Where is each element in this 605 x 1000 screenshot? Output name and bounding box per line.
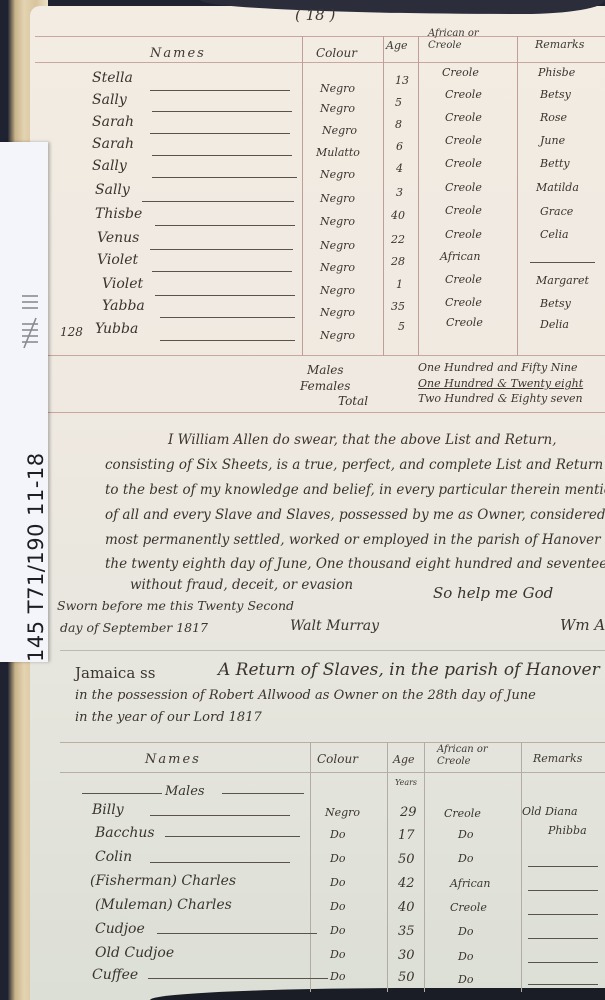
- row-name: Sally: [92, 92, 127, 108]
- row-number: 128: [60, 325, 83, 339]
- row-origin: Creole: [445, 228, 482, 241]
- row-remarks: Phisbe: [538, 66, 575, 79]
- row-remarks: June: [540, 134, 565, 147]
- remarks-blank-line: [528, 984, 598, 985]
- males-section-label: Males: [165, 784, 205, 799]
- row-age: 3: [396, 186, 403, 199]
- row-name: Sally: [95, 182, 130, 198]
- row-origin: Do: [458, 828, 473, 841]
- t2-header-colour: Colour: [317, 752, 358, 766]
- row-remarks: Grace: [540, 205, 573, 218]
- row-colour: Do: [330, 900, 345, 913]
- fill-line: [152, 155, 292, 156]
- fill-line: [157, 933, 317, 934]
- oath-closing: So help me God: [433, 584, 553, 602]
- row-age: 13: [395, 74, 409, 87]
- row-origin: Creole: [445, 134, 482, 147]
- row-origin: Do: [458, 852, 473, 865]
- oath-line: most permanently settled, worked or empl…: [105, 532, 605, 548]
- oath-line: of all and every Slave and Slaves, posse…: [105, 507, 605, 523]
- total-label: Total: [338, 394, 368, 408]
- fill-line: [150, 90, 290, 91]
- sworn-line-2: day of September 1817: [60, 620, 208, 635]
- remarks-blank-line: [528, 938, 598, 939]
- row-colour: Negro: [320, 82, 355, 95]
- row-age: 40: [398, 900, 415, 915]
- fill-line: [152, 177, 297, 178]
- row-name: Sarah: [92, 114, 134, 130]
- t2-col-divider-remarks: [521, 742, 522, 992]
- row-name: Cuffee: [92, 967, 138, 983]
- row-name: Yubba: [95, 321, 138, 337]
- row-age: 8: [395, 118, 402, 131]
- totals-bottom-rule: [35, 412, 605, 413]
- row-age: 5: [395, 96, 402, 109]
- fill-line: [155, 225, 295, 226]
- row-age: 50: [398, 970, 415, 985]
- row-age: 30: [398, 948, 415, 963]
- row-origin: Do: [458, 973, 473, 986]
- females-value: One Hundred & Twenty eight: [418, 377, 583, 390]
- row-colour: Negro: [320, 306, 355, 319]
- row-colour: Negro: [320, 261, 355, 274]
- oath-line: the twenty eighth day of June, One thous…: [105, 556, 605, 572]
- row-remarks: Betsy: [540, 297, 571, 310]
- fill-line: [150, 249, 293, 250]
- oath-line: consisting of Six Sheets, is a true, per…: [105, 457, 603, 473]
- total-value: Two Hundred & Eighty seven: [418, 392, 583, 405]
- row-origin: Creole: [445, 204, 482, 217]
- t2-col-divider-origin: [424, 742, 425, 992]
- row-age: 22: [391, 233, 405, 246]
- row-age: 6: [396, 140, 403, 153]
- col-divider-colour: [302, 36, 303, 356]
- oath-line: without fraud, deceit, or evasion: [130, 577, 353, 593]
- males-label: Males: [307, 363, 344, 377]
- fill-line: [150, 815, 290, 816]
- males-rule-right: [222, 793, 304, 794]
- row-origin: Creole: [445, 181, 482, 194]
- row-colour: Negro: [320, 192, 355, 205]
- remarks-blank-line: [528, 962, 598, 963]
- t2-header-names: Names: [145, 752, 201, 767]
- table1-bottom-rule: [35, 355, 605, 356]
- t2-col-divider-age: [387, 742, 388, 992]
- fill-line: [160, 340, 295, 341]
- row-name: Thisbe: [95, 206, 142, 222]
- females-label: Females: [300, 379, 350, 393]
- row-name: Stella: [92, 70, 133, 86]
- row-age: 4: [396, 162, 403, 175]
- row-colour: Mulatto: [316, 146, 360, 159]
- row-name: Colin: [95, 849, 132, 865]
- table1-header-rule: [35, 62, 605, 63]
- row-origin: Creole: [442, 66, 479, 79]
- row-name: Sally: [92, 158, 127, 174]
- table2-header-rule: [60, 772, 605, 773]
- return-owner-line: in the possession of Robert Allwood as O…: [75, 688, 536, 703]
- row-age: 42: [398, 876, 415, 891]
- row-colour: Do: [330, 948, 345, 961]
- row-origin: Creole: [446, 316, 483, 329]
- row-origin: Creole: [445, 157, 482, 170]
- row-name: Venus: [97, 230, 139, 246]
- t2-header-origin: African or Creole: [437, 744, 517, 768]
- header-origin: African or Creole: [428, 28, 508, 52]
- row-colour: Negro: [325, 806, 360, 819]
- col-divider-age: [383, 36, 384, 356]
- row-colour: Negro: [320, 168, 355, 181]
- row-age: 5: [398, 320, 405, 333]
- t2-col-divider-colour: [310, 742, 311, 992]
- row-origin: Creole: [445, 296, 482, 309]
- archive-reference-slip: 145 T71/190 11-18: [0, 142, 48, 662]
- sworn-line-1: Sworn before me this Twenty Second: [57, 598, 294, 613]
- row-remarks: Matilda: [536, 181, 579, 194]
- return-year-line: in the year of our Lord 1817: [75, 710, 262, 725]
- oath-line: I William Allen do swear, that the above…: [168, 432, 557, 448]
- row-remarks: Betty: [540, 157, 570, 170]
- header-names: Names: [150, 46, 206, 61]
- row-origin: Creole: [445, 88, 482, 101]
- remarks-blank-line: [528, 866, 598, 867]
- row-origin: African: [450, 877, 490, 890]
- row-colour: Negro: [320, 215, 355, 228]
- row-origin: Creole: [444, 807, 481, 820]
- row-remarks: Phibba: [548, 824, 587, 837]
- row-origin: Creole: [445, 273, 482, 286]
- owner-signature: Wm Allen: [560, 616, 605, 634]
- row-remarks: Rose: [540, 111, 567, 124]
- row-origin: African: [440, 250, 480, 263]
- row-age: 28: [391, 255, 405, 268]
- fill-line: [155, 295, 295, 296]
- fill-line: [148, 978, 328, 979]
- row-age: 17: [398, 828, 415, 843]
- row-origin: Creole: [445, 111, 482, 124]
- fill-line: [150, 862, 290, 863]
- row-colour: Do: [330, 924, 345, 937]
- witness-signature: Walt Murray: [290, 618, 379, 634]
- remarks-blank-line: [528, 890, 598, 891]
- row-colour: Negro: [320, 102, 355, 115]
- table2-top-rule: [60, 742, 605, 743]
- row-remarks: Betsy: [540, 88, 571, 101]
- row-name: Violet: [97, 252, 138, 268]
- row-remarks: Celia: [540, 228, 569, 241]
- t2-header-age: Age: [393, 753, 415, 766]
- row-remarks: Old Diana: [522, 805, 578, 818]
- males-rule-left: [82, 793, 162, 794]
- tally-marks-icon: [18, 292, 42, 370]
- row-age: 40: [391, 209, 405, 222]
- row-remarks: Delia: [540, 318, 569, 331]
- page-number: ( 18 ): [295, 6, 335, 24]
- row-name: (Muleman) Charles: [95, 897, 232, 913]
- row-name: Cudjoe: [95, 921, 145, 937]
- col-divider-origin: [418, 36, 419, 356]
- return-title: A Return of Slaves, in the parish of Han…: [218, 660, 600, 680]
- row-name: Bacchus: [95, 825, 155, 841]
- row-colour: Negro: [320, 329, 355, 342]
- jurisdiction: Jamaica ss: [75, 664, 155, 682]
- row-colour: Negro: [322, 124, 357, 137]
- remarks-blank-line: [530, 262, 595, 263]
- row-name: Billy: [92, 802, 124, 818]
- remarks-blank-line: [528, 914, 598, 915]
- row-name: Yabba: [102, 298, 145, 314]
- fill-line: [150, 133, 290, 134]
- row-name: Sarah: [92, 136, 134, 152]
- row-age: 1: [396, 278, 403, 291]
- row-origin: Do: [458, 925, 473, 938]
- fill-line: [165, 836, 300, 837]
- row-colour: Do: [330, 970, 345, 983]
- t2-header-remarks: Remarks: [533, 752, 582, 765]
- row-name: Violet: [102, 276, 143, 292]
- row-colour: Do: [330, 828, 345, 841]
- table1-top-rule: [35, 36, 605, 37]
- row-name: Old Cudjoe: [95, 945, 174, 961]
- oath-line: to the best of my knowledge and belief, …: [105, 482, 605, 498]
- row-origin: Creole: [450, 901, 487, 914]
- row-colour: Negro: [320, 239, 355, 252]
- row-colour: Do: [330, 852, 345, 865]
- fill-line: [142, 201, 294, 202]
- row-name: (Fisherman) Charles: [90, 873, 236, 889]
- archive-reference-text: 145 T71/190 11-18: [24, 452, 48, 662]
- row-colour: Negro: [320, 284, 355, 297]
- fill-line: [152, 271, 292, 272]
- t2-header-age-unit: Years: [395, 778, 417, 787]
- header-remarks: Remarks: [535, 38, 584, 51]
- row-remarks: Margaret: [536, 274, 589, 287]
- row-age: 29: [400, 805, 417, 820]
- header-age: Age: [386, 39, 408, 52]
- header-colour: Colour: [316, 46, 357, 60]
- fill-line: [160, 317, 295, 318]
- col-divider-remarks: [517, 36, 518, 356]
- fill-line: [152, 111, 292, 112]
- row-origin: Do: [458, 950, 473, 963]
- males-value: One Hundred and Fifty Nine: [418, 361, 578, 374]
- row-age: 50: [398, 852, 415, 867]
- section-divider: [60, 650, 605, 651]
- row-age: 35: [398, 924, 415, 939]
- row-colour: Do: [330, 876, 345, 889]
- row-age: 35: [391, 300, 405, 313]
